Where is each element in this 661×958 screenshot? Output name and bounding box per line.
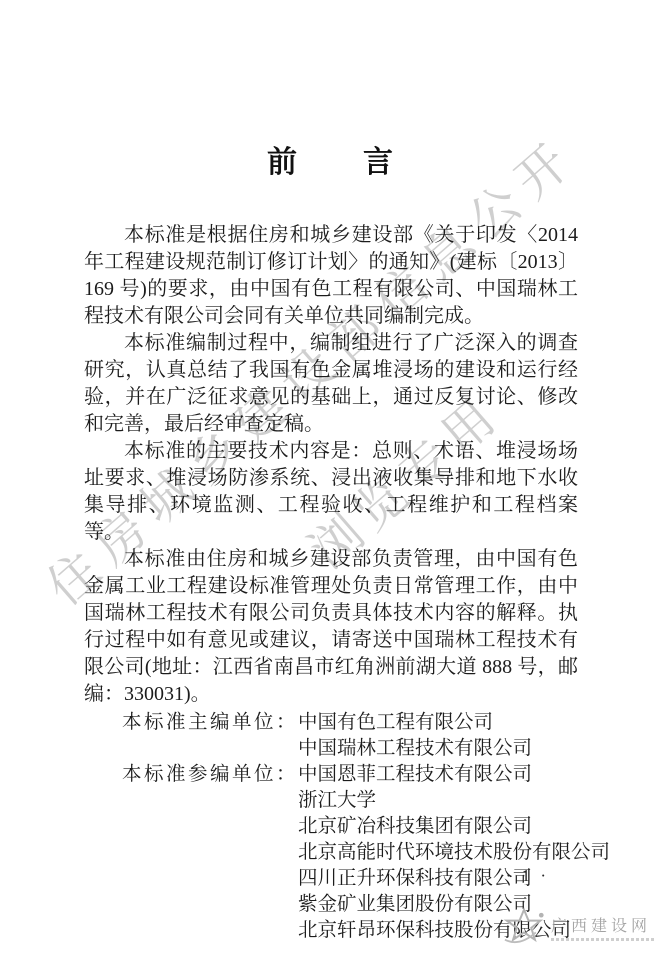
page-content: 前 言 本标准是根据住房和城乡建设部《关于印发〈2014 年工程建设规范制订修订… xyxy=(84,146,578,944)
chief-editor-row: 本标准主编单位： 中国有色工程有限公司中国瑞林工程技术有限公司 xyxy=(84,710,578,762)
preface-paragraph: 本标准由住房和城乡建设部负责管理，由中国有色金属工业工程建设标准管理处负责日常管… xyxy=(84,546,578,708)
preface-paragraphs: 本标准是根据住房和城乡建设部《关于印发〈2014 年工程建设规范制订修订计划〉的… xyxy=(84,222,578,708)
logo-tagline-line xyxy=(551,938,655,941)
participating-editor-label: 本标准参编单位： xyxy=(122,762,298,944)
participating-editor-unit: 浙江大学 xyxy=(298,788,610,814)
logo-text-column: 广西建设网 xyxy=(551,918,655,941)
site-logo: 广西建设网 xyxy=(501,907,655,952)
preface-paragraph: 本标准编制过程中，编制组进行了广泛深入的调查研究，认真总结了我国有色金属堆浸场的… xyxy=(84,330,578,438)
logo-site-name: 广西建设网 xyxy=(551,918,651,936)
document-page: 住房城乡建设部信息公开 浏览专用 前 言 本标准是根据住房和城乡建设部《关于印发… xyxy=(0,0,661,958)
chief-editor-label: 本标准主编单位： xyxy=(122,710,298,762)
star-logo-icon xyxy=(501,907,547,952)
participating-editor-unit: 四川正升环保科技有限公司 xyxy=(298,866,610,892)
participating-editor-unit: 北京矿冶科技集团有限公司 xyxy=(298,814,610,840)
chief-editor-units: 中国有色工程有限公司中国瑞林工程技术有限公司 xyxy=(298,710,578,762)
chief-editor-unit: 中国有色工程有限公司 xyxy=(298,710,578,736)
chief-editor-unit: 中国瑞林工程技术有限公司 xyxy=(298,736,578,762)
participating-editor-unit: 中国恩菲工程技术有限公司 xyxy=(298,762,610,788)
preface-paragraph: 本标准的主要技术内容是：总则、术语、堆浸场场址要求、堆浸场防渗系统、浸出液收集导… xyxy=(84,438,578,546)
page-number: · 1 · xyxy=(506,866,549,886)
page-title: 前 言 xyxy=(84,146,578,180)
preface-paragraph: 本标准是根据住房和城乡建设部《关于印发〈2014 年工程建设规范制订修订计划〉的… xyxy=(84,222,578,330)
participating-editor-unit: 北京高能时代环境技术股份有限公司 xyxy=(298,840,610,866)
